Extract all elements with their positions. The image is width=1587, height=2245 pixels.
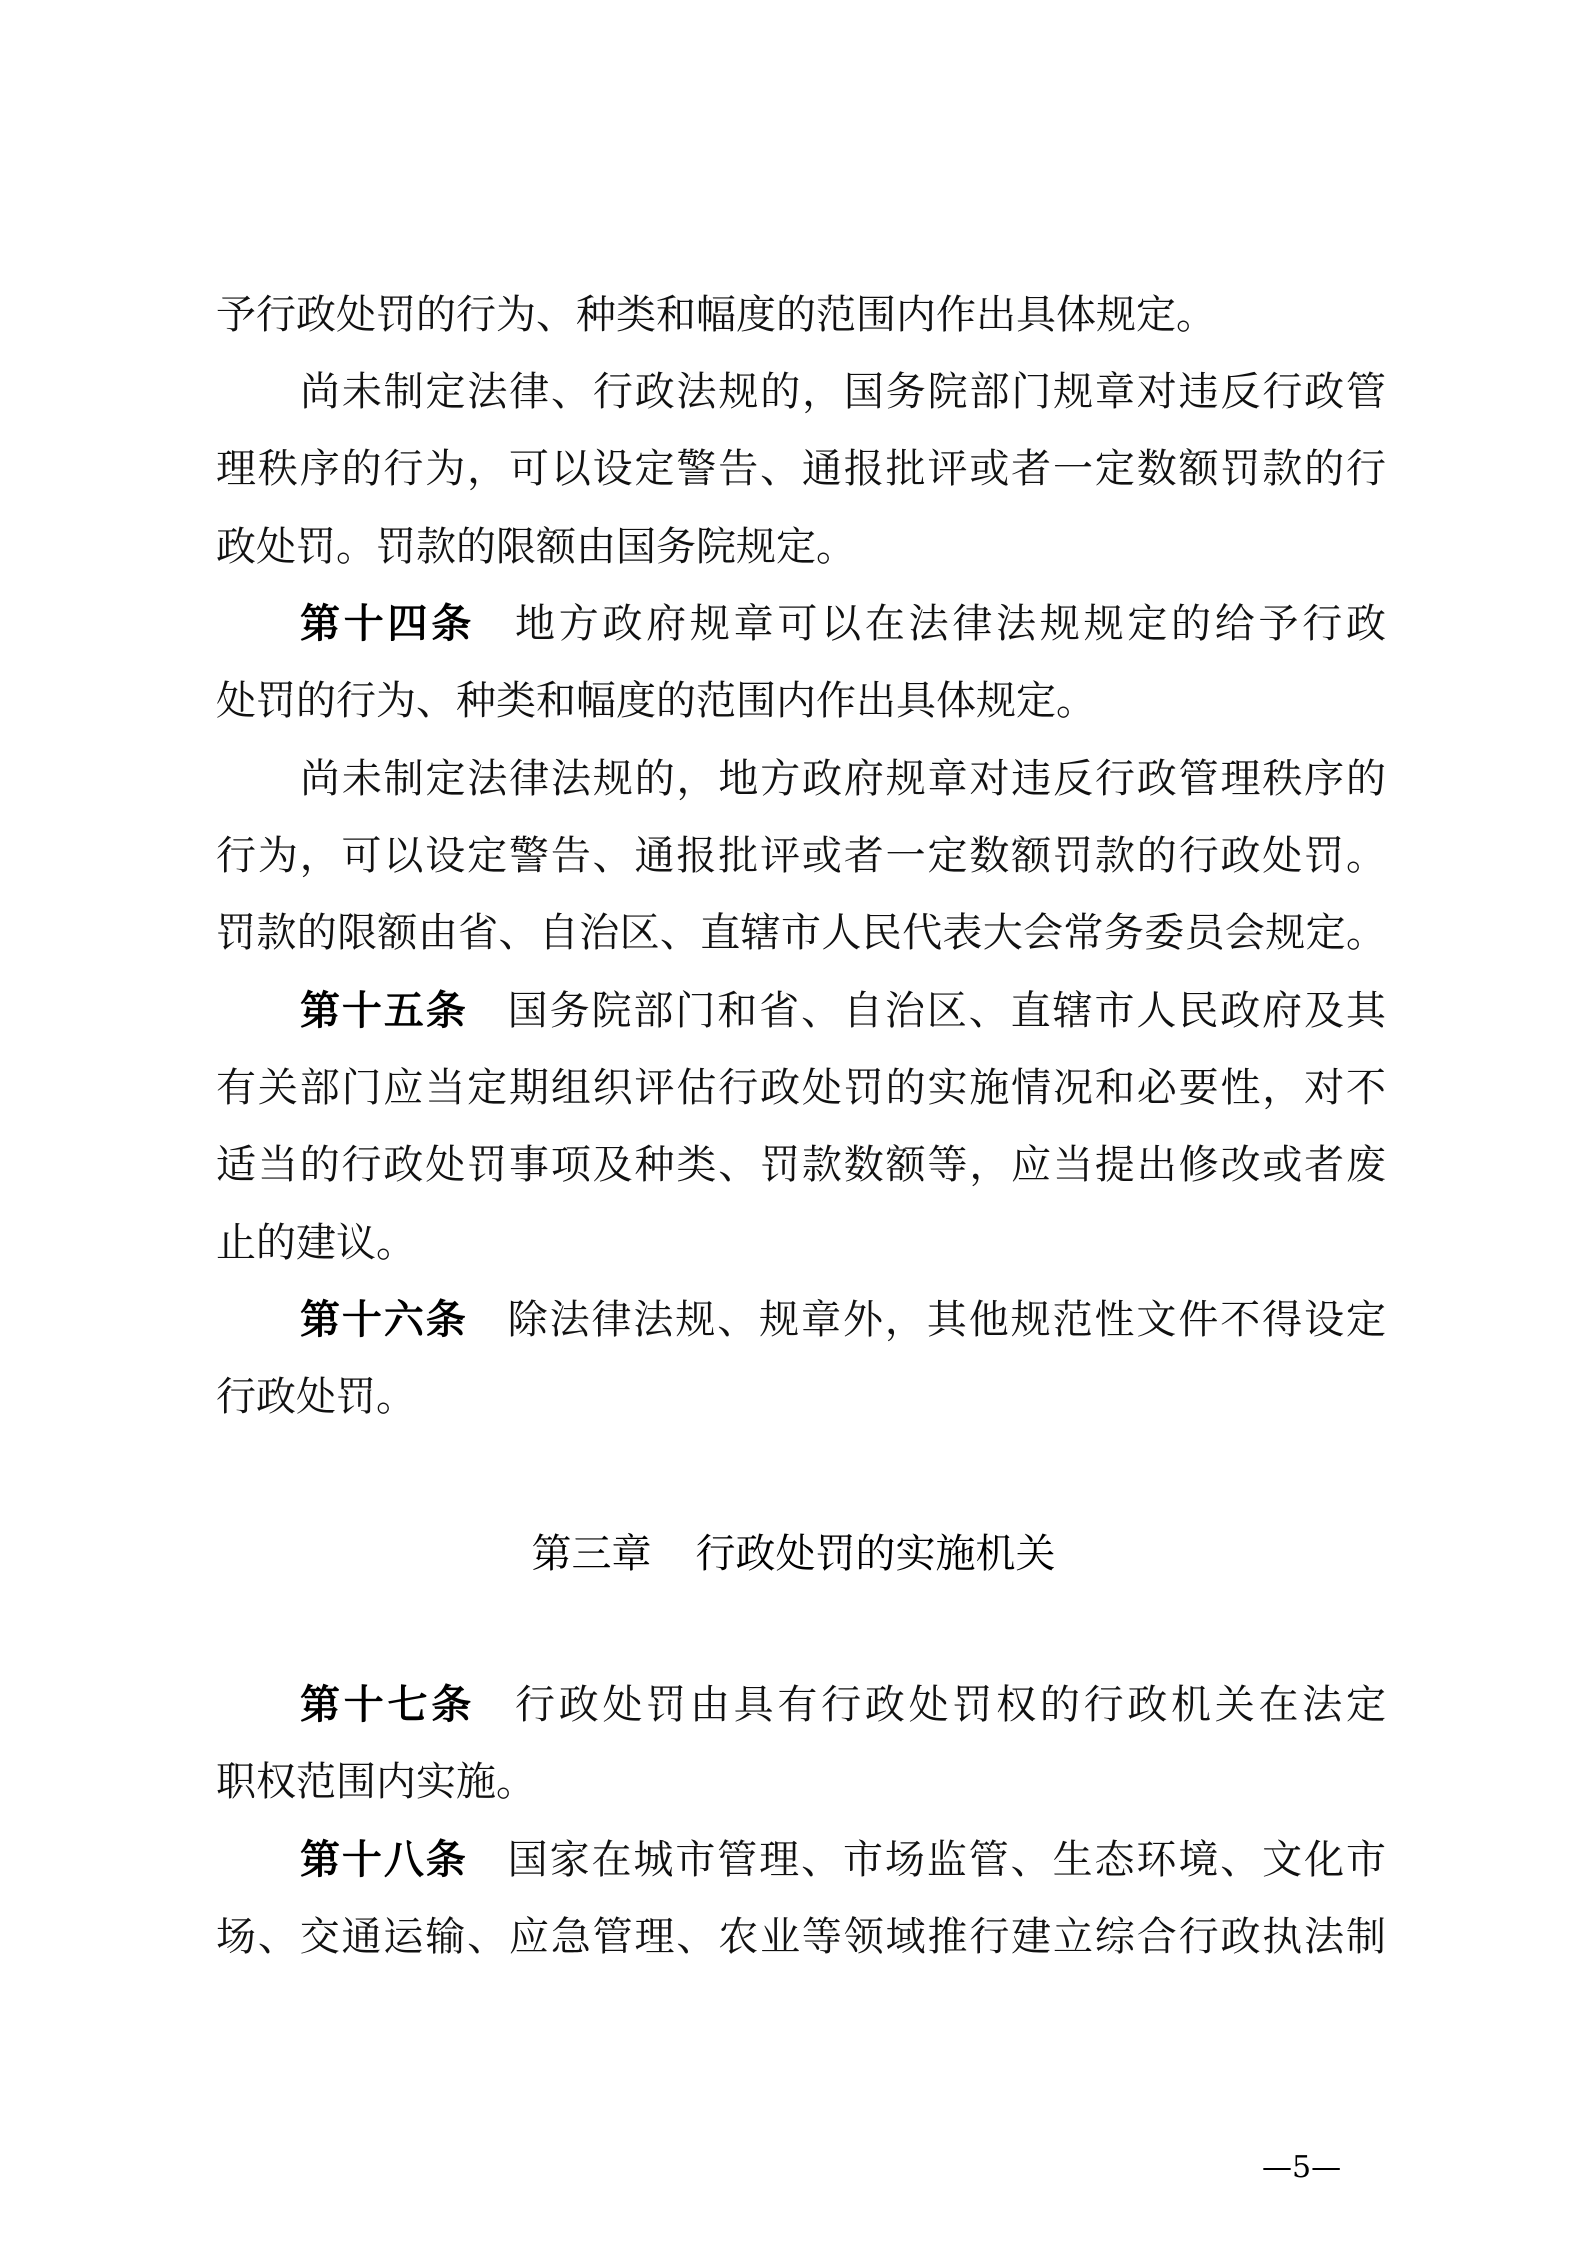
chapter-heading: 第三章行政处罚的实施机关	[0, 1528, 1587, 1580]
paragraph-line: 场、交通运输、应急管理、农业等领域推行建立综合行政执法制	[216, 1912, 1386, 1962]
chapter-title: 行政处罚的实施机关	[696, 1531, 1056, 1577]
paragraph-line: 尚未制定法律法规的，地方政府规章对违反行政管理秩序的	[216, 754, 1386, 804]
paragraph-line: 行为，可以设定警告、通报批评或者一定数额罚款的行政处罚。	[216, 831, 1386, 881]
paragraph-line: 罚款的限额由省、自治区、直辖市人民代表大会常务委员会规定。	[216, 908, 1386, 958]
article-18-line: 第十八条国家在城市管理、市场监管、生态环境、文化市	[216, 1835, 1386, 1885]
article-16-line: 第十六条除法律法规、规章外，其他规范性文件不得设定	[216, 1295, 1386, 1345]
article-label: 第十五条	[300, 988, 468, 1034]
paragraph-line: 处罚的行为、种类和幅度的范围内作出具体规定。	[216, 676, 1386, 726]
document-page: 予行政处罚的行为、种类和幅度的范围内作出具体规定。 尚未制定法律、行政法规的，国…	[0, 0, 1587, 2245]
article-17-line: 第十七条行政处罚由具有行政处罚权的行政机关在法定	[216, 1680, 1386, 1730]
page-number: —5—	[1262, 2148, 1341, 2188]
article-text: 国家在城市管理、市场监管、生态环境、文化市	[508, 1837, 1386, 1883]
article-text: 地方政府规章可以在法律法规规定的给予行政	[515, 601, 1386, 647]
paragraph-line: 职权范围内实施。	[216, 1757, 1386, 1807]
article-label: 第十六条	[300, 1297, 468, 1343]
paragraph-line: 尚未制定法律、行政法规的，国务院部门规章对违反行政管	[216, 367, 1386, 417]
article-15-line: 第十五条国务院部门和省、自治区、直辖市人民政府及其	[216, 986, 1386, 1036]
article-14-line: 第十四条地方政府规章可以在法律法规规定的给予行政	[216, 599, 1386, 649]
paragraph-line: 行政处罚。	[216, 1372, 1386, 1422]
paragraph-line: 适当的行政处罚事项及种类、罚款数额等，应当提出修改或者废	[216, 1140, 1386, 1190]
paragraph-line: 有关部门应当定期组织评估行政处罚的实施情况和必要性，对不	[216, 1063, 1386, 1113]
paragraph-line: 政处罚。罚款的限额由国务院规定。	[216, 522, 1386, 572]
article-text: 除法律法规、规章外，其他规范性文件不得设定	[508, 1297, 1386, 1343]
chapter-number: 第三章	[532, 1531, 652, 1577]
article-label: 第十七条	[300, 1682, 475, 1728]
article-text: 行政处罚由具有行政处罚权的行政机关在法定	[515, 1682, 1386, 1728]
article-label: 第十四条	[300, 601, 475, 647]
article-text: 国务院部门和省、自治区、直辖市人民政府及其	[508, 988, 1386, 1034]
paragraph-line: 止的建议。	[216, 1218, 1386, 1268]
paragraph-line: 予行政处罚的行为、种类和幅度的范围内作出具体规定。	[216, 290, 1386, 340]
article-label: 第十八条	[300, 1837, 468, 1883]
paragraph-line: 理秩序的行为，可以设定警告、通报批评或者一定数额罚款的行	[216, 444, 1386, 494]
